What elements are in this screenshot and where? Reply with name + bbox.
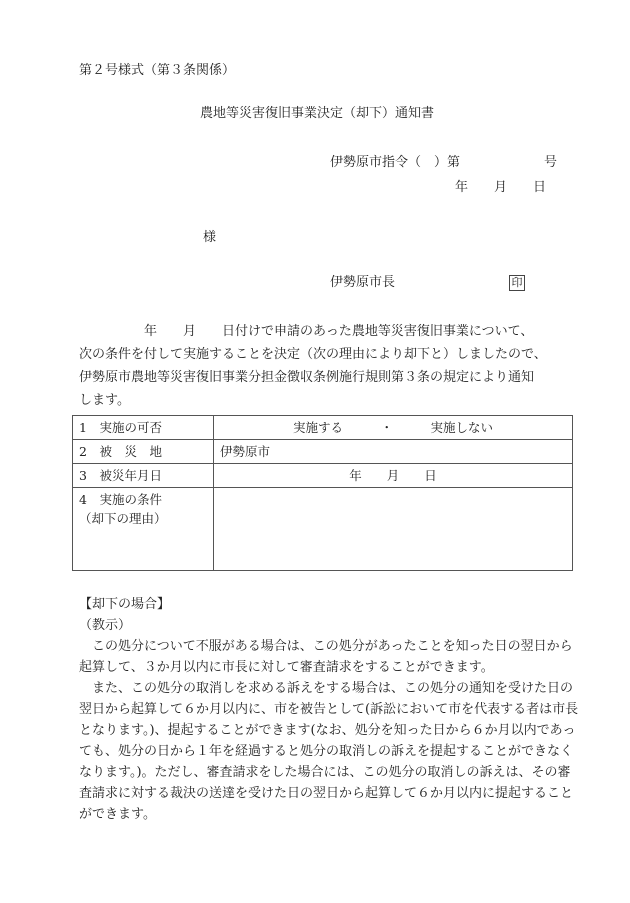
row-label: 1 実施の可否 [73,416,214,440]
seal-icon: 印 [509,275,525,291]
disaster-date: 年 月 日 [214,464,573,488]
issuer: 伊勢原市長 [330,275,395,291]
document-title: 農地等災害復旧事業決定（却下）通知書 [200,106,434,122]
body-line: 次の条件を付して実施することを決定（次の理由により却下と）しましたので、 [79,343,579,366]
table-row: 2 被 災 地 伊勢原市 [73,440,573,464]
notice-paragraph: この処分について不服がある場合は、この処分があったことを知った日の翌日から起算し… [79,636,579,678]
row-label: 2 被 災 地 [73,440,214,464]
row-label: 3 被災年月日 [73,464,214,488]
reference-prefix: 伊勢原市指令（ ）第 [330,155,460,171]
table-row: 4 実施の条件 （却下の理由） [73,488,573,571]
table-row: 1 実施の可否 実施する ・ 実施しない [73,416,573,440]
body-line: 年 月 日付けで申請のあった農地等災害復旧事業について、 [79,320,579,343]
row-label-line1: 4 実施の条件 [79,490,207,509]
reference-number: 伊勢原市指令（ ）第号 [330,155,557,171]
notice-heading: 【却下の場合】 [79,594,579,615]
implementation-choice: 実施する ・ 実施しない [214,416,573,440]
row-label: 4 実施の条件 （却下の理由） [73,488,214,571]
addressee: 様 [203,230,216,246]
body-text: 年 月 日付けで申請のあった農地等災害復旧事業について、 次の条件を付して実施す… [79,320,579,412]
conditions-value [214,488,573,571]
notice-paragraph: また、この処分の取消しを求める訴えをする場合は、この処分の通知を受けた日の翌日か… [79,678,579,825]
notice-subheading: （教示） [79,615,579,636]
form-number: 第２号様式（第３条関係） [79,63,235,79]
body-line: 伊勢原市農地等災害復旧事業分担金徴収条例施行規則第３条の規定により通知 [79,366,579,389]
issue-date: 年 月 日 [455,180,546,196]
info-table: 1 実施の可否 実施する ・ 実施しない 2 被 災 地 伊勢原市 3 被災年月… [72,415,573,571]
table-row: 3 被災年月日 年 月 日 [73,464,573,488]
body-line: します。 [79,389,579,412]
reference-suffix: 号 [544,155,557,171]
notice-section: 【却下の場合】 （教示） この処分について不服がある場合は、この処分があったこと… [79,594,579,825]
disaster-location: 伊勢原市 [214,440,573,464]
row-label-line2: （却下の理由） [79,509,207,528]
